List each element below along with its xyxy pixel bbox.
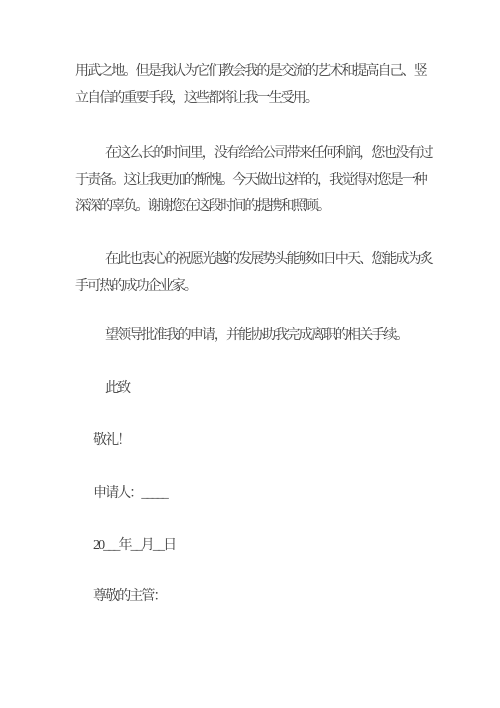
applicant-signature-line: 申请人：_____ (93, 486, 167, 502)
closing-salute-line: 敬礼！ (93, 433, 129, 449)
body-paragraph2-line1: 在这么长的时间里，没有给给公司带来任何利润，您也没有过 (105, 146, 432, 162)
closing-cizhi-line: 此致 (105, 381, 129, 397)
letter-page: 用武之地。但是我认为它们教会我的是交流的艺术和提高自己、竖 立自信的重要手段，这… (0, 0, 500, 708)
body-paragraph3-line2: 手可热的成功企业家。 (75, 279, 196, 295)
date-blank-line: 20___年__月__日 (93, 538, 175, 554)
next-letter-salutation-line: 尊敬的主管： (93, 589, 166, 605)
body-paragraph2-line3: 深深的辜负。谢谢您在这段时间的提携和照顾。 (75, 199, 329, 215)
body-paragraph1-line1: 用武之地。但是我认为它们教会我的是交流的艺术和提高自己、竖 (75, 64, 426, 80)
body-paragraph4-request-line: 望领导批准我的申请，并能协助我完成离职的相关手续。 (105, 328, 408, 344)
body-paragraph3-line1: 在此也衷心的祝愿光越的发展势头能够如日中天、您能成为炙 (105, 252, 432, 268)
body-paragraph2-line2: 于责备。这让我更加的惭愧。今天做出这样的，我觉得对您是一种 (75, 173, 426, 189)
body-paragraph1-line2: 立自信的重要手段，这些都将让我一生受用。 (75, 91, 317, 107)
